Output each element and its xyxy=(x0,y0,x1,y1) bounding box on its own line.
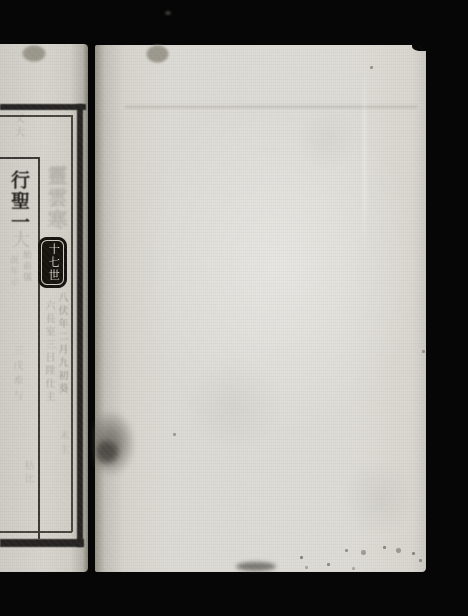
foxing-speckles xyxy=(300,556,303,559)
column-divider-line xyxy=(38,157,40,539)
torn-corner-notch xyxy=(412,43,426,51)
frame-bottom-border xyxy=(0,539,84,547)
horizontal-crease xyxy=(125,106,417,108)
faint-bleedthrough-title: 靈雲寒 xyxy=(45,165,65,231)
left-page: 乂大 行聖一 大 靈雲寒 十七世 紿前儀 詋年示 八伏年二月九初葵 六長室三日陞… xyxy=(0,44,88,572)
faint-text-col1-sub-right: 紿前儀 xyxy=(22,250,31,283)
glue-spot-right xyxy=(146,45,169,63)
faint-text-col1-lower: 三戊牽与 xyxy=(11,345,21,405)
bottom-edge-smear xyxy=(236,562,276,571)
header-divider-line xyxy=(0,157,39,159)
glue-spot-left xyxy=(22,45,46,62)
faint-text-col2-bottom: 未主 xyxy=(57,430,67,458)
faint-text-date-col-right: 八伏年二月九初葵 xyxy=(56,292,66,396)
right-page xyxy=(95,45,426,572)
ink-stain-smudge xyxy=(93,383,157,487)
scanner-dust-speck xyxy=(165,11,171,15)
faint-text-above-header: 乂大 xyxy=(13,112,24,140)
frame-top-border xyxy=(0,104,86,110)
column-heading: 行聖一 xyxy=(9,170,28,233)
faint-text-col1-bottom: 枯比 xyxy=(22,460,32,486)
generation-seal: 十七世 xyxy=(38,237,67,288)
faint-text-date-col-left: 六長室三日陞仕主 xyxy=(43,300,53,404)
faint-text-col1-sub-left: 詋年示 xyxy=(9,255,18,288)
paper-wrinkle xyxy=(363,59,366,254)
ink-stain-core xyxy=(96,437,120,467)
frame-inner-right-line xyxy=(71,115,73,532)
generation-seal-text: 十七世 xyxy=(38,237,67,288)
frame-inner-bottom-line xyxy=(0,531,72,533)
frame-inner-top-line xyxy=(0,115,73,117)
scanner-background: { "document": { "description": "Scanned … xyxy=(0,0,468,616)
frame-right-border xyxy=(77,104,83,547)
faint-text-col1-large: 大 xyxy=(11,230,29,248)
